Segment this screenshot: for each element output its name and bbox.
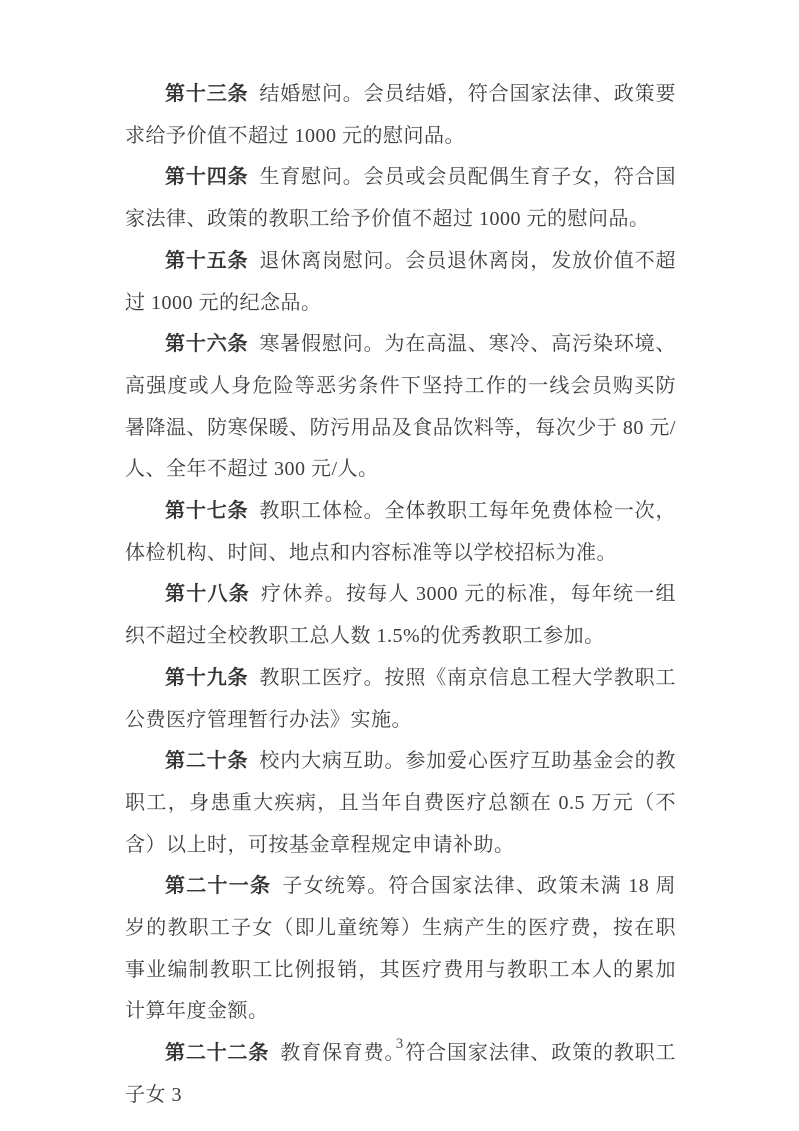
article-paragraph: 第十八条疗休养。按每人 3000 元的标准，每年统一组织不超过全校教职工总人数 … xyxy=(125,574,676,657)
article-number: 第十八条 xyxy=(165,583,250,605)
article-paragraph: 第十五条退休离岗慰问。会员退休离岗，发放价值不超过 1000 元的纪念品。 xyxy=(125,241,676,324)
article-number: 第十七条 xyxy=(165,500,248,522)
article-paragraph: 第二十一条子女统筹。符合国家法律、政策未满 18 周岁的教职工子女（即儿童统筹）… xyxy=(125,866,676,1033)
article-paragraph: 第十七条教职工体检。全体教职工每年免费体检一次，体检机构、时间、地点和内容标准等… xyxy=(125,491,676,574)
article-number: 第十九条 xyxy=(165,667,248,689)
article-number: 第十四条 xyxy=(165,166,248,188)
page-number: 3 xyxy=(0,1036,799,1053)
article-number: 第二十一条 xyxy=(165,875,271,897)
article-text: 子女统筹。符合国家法律、政策未满 18 周岁的教职工子女（即儿童统筹）生病产生的… xyxy=(125,875,676,1022)
article-number: 第十三条 xyxy=(165,83,248,105)
document-page: 第十三条结婚慰问。会员结婚，符合国家法律、政策要求给予价值不超过 1000 元的… xyxy=(0,0,799,1131)
article-paragraph: 第十九条教职工医疗。按照《南京信息工程大学教职工公费医疗管理暂行办法》实施。 xyxy=(125,658,676,741)
article-number: 第十六条 xyxy=(165,333,248,355)
article-number: 第二十条 xyxy=(165,750,248,772)
article-paragraph: 第十三条结婚慰问。会员结婚，符合国家法律、政策要求给予价值不超过 1000 元的… xyxy=(125,74,676,157)
article-text: 寒暑假慰问。为在高温、寒冷、高污染环境、高强度或人身危险等恶劣条件下坚持工作的一… xyxy=(125,333,676,480)
article-paragraph: 第十六条寒暑假慰问。为在高温、寒冷、高污染环境、高强度或人身危险等恶劣条件下坚持… xyxy=(125,324,676,491)
document-body: 第十三条结婚慰问。会员结婚，符合国家法律、政策要求给予价值不超过 1000 元的… xyxy=(125,74,676,1117)
article-number: 第十五条 xyxy=(165,250,248,272)
article-paragraph: 第十四条生育慰问。会员或会员配偶生育子女，符合国家法律、政策的教职工给予价值不超… xyxy=(125,157,676,240)
article-paragraph: 第二十条校内大病互助。参加爱心医疗互助基金会的教职工，身患重大疾病，且当年自费医… xyxy=(125,741,676,866)
